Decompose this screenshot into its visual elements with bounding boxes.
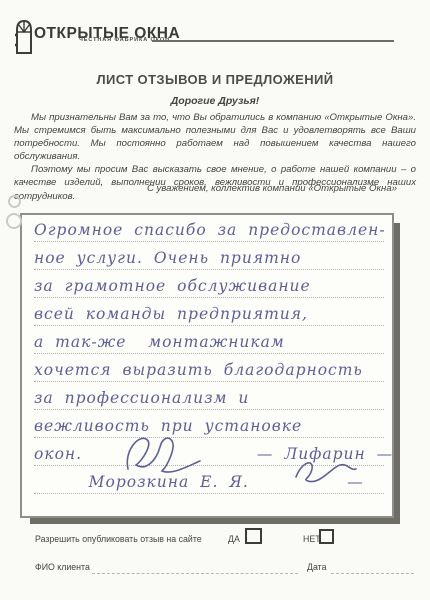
no-label: НЕТ (303, 534, 321, 544)
greeting-line: Дорогие Друзья! (0, 95, 430, 107)
page-title: ЛИСТ ОТЗЫВОВ И ПРЕДЛОЖЕНИЙ (0, 72, 430, 87)
yes-checkbox[interactable] (245, 528, 262, 544)
handwritten-line: хочется выразить благодарность (34, 357, 384, 382)
date-field[interactable] (331, 573, 414, 574)
handwritten-line: всей команды предприятия, (34, 301, 384, 326)
handwritten-line: вежливость при установке (34, 413, 384, 438)
handwritten-line: Огромное спасибо за предоставлен- (34, 217, 384, 242)
intro-paragraph-1: Мы признательны Вам за то, что Вы обрати… (14, 111, 416, 163)
handwritten-line: Морозкина Е. Я. — (34, 469, 384, 494)
handwritten-line: за профессионализм и (34, 385, 384, 410)
punch-hole (6, 213, 22, 229)
handwritten-line: за грамотное обслуживание (34, 273, 384, 298)
handwritten-line: ное услуги. Очень приятно (34, 245, 384, 270)
yes-label: ДА (228, 534, 240, 544)
review-sheet: Огромное спасибо за предоставлен- ное ус… (20, 213, 394, 518)
handwritten-line: окон. — Лифарин — (34, 441, 384, 466)
punch-hole (8, 195, 21, 208)
publish-consent-question: Разрешить опубликовать отзыв на сайте (35, 534, 202, 544)
handwritten-line: а так-же монтажникам (34, 329, 384, 354)
company-regards-line: С уважением, коллектив компании «Открыты… (147, 183, 397, 194)
client-name-label: ФИО клиента (35, 562, 90, 572)
no-checkbox[interactable] (319, 529, 334, 544)
feedback-sheet-page: ОТКРЫТЫЕ ОКНА ЧЕСТНАЯ ФАБРИКА ОКОН ЛИСТ … (0, 0, 430, 600)
header-rule (152, 40, 394, 42)
client-name-field[interactable] (92, 573, 298, 574)
date-label: Дата (307, 562, 326, 572)
arched-window-logo-icon (14, 18, 34, 54)
